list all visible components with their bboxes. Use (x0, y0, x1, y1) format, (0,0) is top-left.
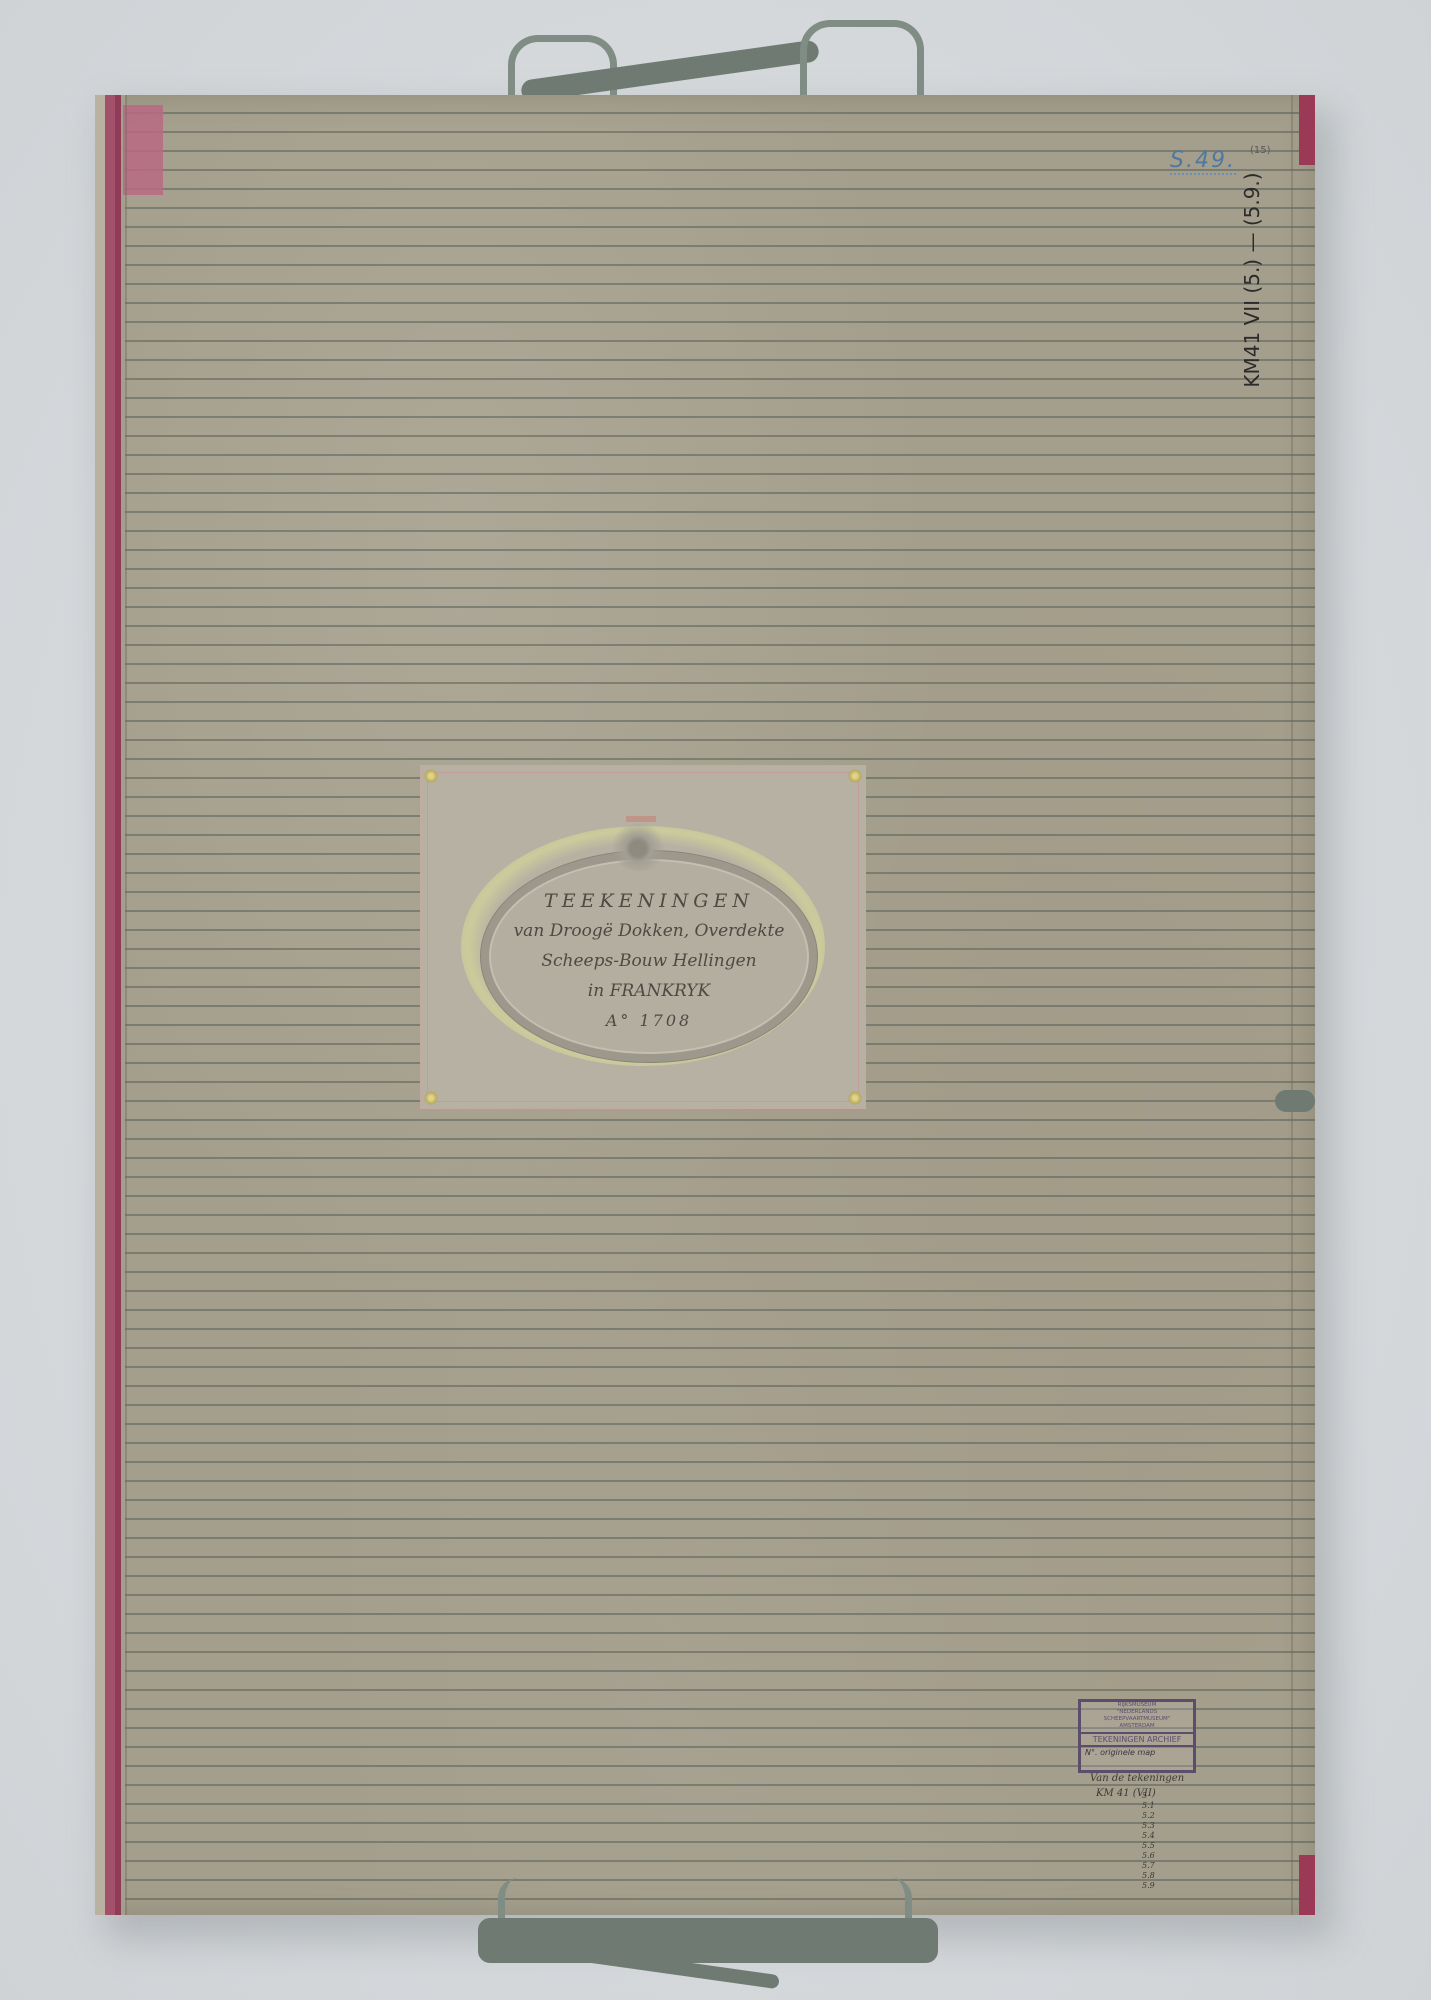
notes-item: 5.9 (1142, 1881, 1230, 1891)
portfolio-cover: TEEKENINGEN van Droogë Dokken, Overdekte… (95, 95, 1315, 1915)
notes-item: 5.8 (1142, 1871, 1230, 1881)
label-line-1: van Droogë Dokken, Overdekte (481, 916, 817, 946)
notes-heading: Van de tekeningen (1090, 1773, 1230, 1784)
right-edge-tie (1275, 1090, 1315, 1112)
shelfmark-vertical-text: KM41 VII (5.) — (5.9.) (1240, 172, 1264, 387)
label-line-2: Scheeps-Bouw Hellingen (481, 946, 817, 976)
label-title: TEEKENINGEN (481, 886, 817, 916)
rococo-crest-icon (611, 821, 671, 871)
notes-item: 5.2 (1142, 1811, 1230, 1821)
vertical-rule-right (1291, 95, 1293, 1915)
stamp-line: RIJKSMUSEUM (1081, 1702, 1193, 1709)
shelfmark-vertical: KM41 VII (5.) — (5.9.) (1232, 180, 1272, 380)
notes-item: 5.6 (1142, 1851, 1230, 1861)
stamp-line: SCHEEPVAARTMUSEUM" (1081, 1716, 1193, 1723)
corner-rosette-icon (848, 1091, 862, 1105)
handwritten-notes: Van de tekeningen KM 41 (VII) 5 5.1 5.2 … (1090, 1773, 1230, 1891)
stamp-line: AMSTERDAM (1081, 1723, 1193, 1730)
vertical-rule-left (125, 95, 127, 1915)
corner-rosette-icon (424, 1091, 438, 1105)
shelfmark-superscript: (15) (1250, 145, 1271, 156)
stamp-number: N°. originele map (1081, 1747, 1193, 1759)
notes-list: 5 5.1 5.2 5.3 5.4 5.5 5.6 5.7 5.8 5.9 (1142, 1791, 1230, 1891)
museum-stamp: RIJKSMUSEUM "NEDERLANDS SCHEEPVAARTMUSEU… (1078, 1699, 1196, 1773)
corner-red-top (1299, 95, 1315, 165)
corner-red-bottom (1299, 1855, 1315, 1915)
label-year: A° 1708 (481, 1006, 817, 1036)
label-line-3: in FRANKRYK (481, 976, 817, 1006)
notes-item: 5.3 (1142, 1821, 1230, 1831)
corner-rosette-icon (848, 769, 862, 783)
corner-rosette-icon (424, 769, 438, 783)
spine-binding (95, 95, 125, 1915)
notes-item: 5.4 (1142, 1831, 1230, 1841)
label-inscription: TEEKENINGEN van Droogë Dokken, Overdekte… (481, 886, 817, 1036)
notes-item: 5.1 (1142, 1801, 1230, 1811)
notes-item: 5.5 (1142, 1841, 1230, 1851)
spine-tear (123, 105, 163, 195)
notes-item: 5.7 (1142, 1861, 1230, 1871)
stamp-department: TEKENINGEN ARCHIEF (1081, 1732, 1193, 1747)
bottom-tie-knot (478, 1918, 938, 1963)
shelfmark-blue: S.49. (1170, 148, 1236, 175)
stamp-line: "NEDERLANDS (1081, 1709, 1193, 1716)
title-label: TEEKENINGEN van Droogë Dokken, Overdekte… (420, 765, 866, 1109)
